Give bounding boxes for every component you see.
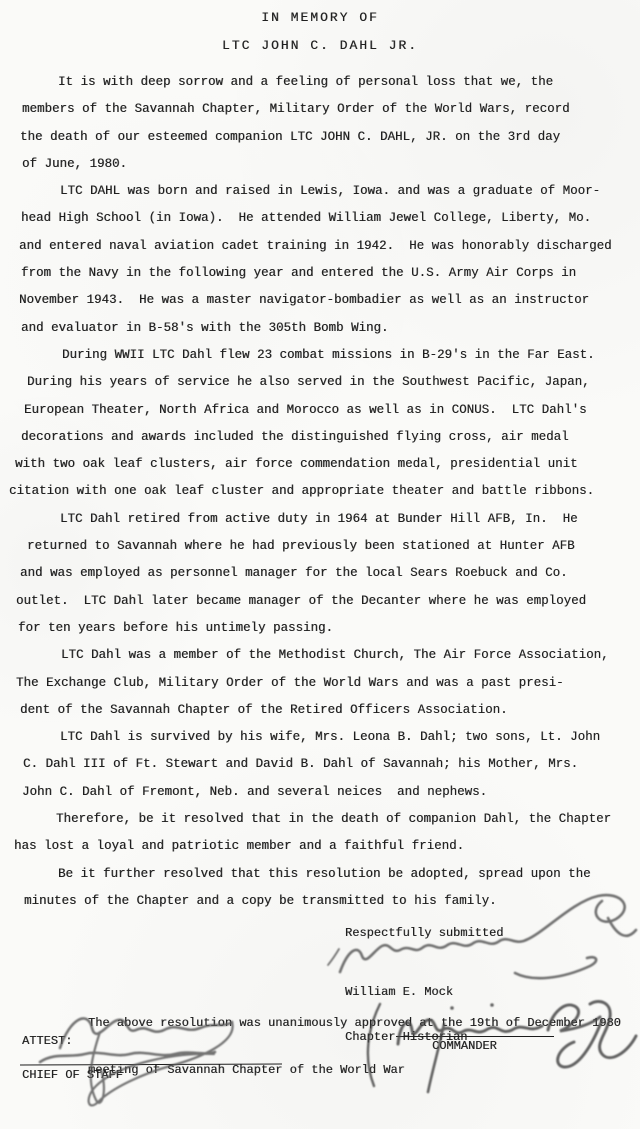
body-line: During his years of service he also serv…: [27, 369, 640, 396]
body-line: John C. Dahl of Fremont, Neb. and severa…: [22, 779, 640, 806]
body-line: returned to Savannah where he had previo…: [27, 533, 640, 560]
body-line: head High School (in Iowa). He attended …: [21, 205, 640, 232]
body-line: LTC Dahl was a member of the Methodist C…: [61, 642, 640, 669]
body-line: citation with one oak leaf cluster and a…: [9, 478, 640, 505]
body-line: of June, 1980.: [22, 151, 640, 178]
body-line: outlet. LTC Dahl later became manager of…: [16, 588, 640, 615]
body-line: The Exchange Club, Military Order of the…: [16, 670, 640, 697]
body-line: decorations and awards included the dist…: [21, 424, 640, 451]
document-body: It is with deep sorrow and a feeling of …: [0, 69, 640, 915]
body-line: from the Navy in the following year and …: [21, 260, 640, 287]
body-line: the death of our esteemed companion LTC …: [20, 124, 640, 151]
body-line: Be it further resolved that this resolut…: [58, 861, 640, 888]
respectfully-submitted-label: Respectfully submitted: [345, 926, 503, 940]
body-line: Therefore, be it resolved that in the de…: [56, 806, 640, 833]
approval-line: The above resolution was unanimously app…: [88, 1016, 621, 1032]
commander-signature-line: [396, 1036, 554, 1037]
chief-of-staff-label: CHIEF OF STAFF: [22, 1068, 123, 1082]
attest-label: ATTEST:: [22, 1034, 72, 1048]
body-line: for ten years before his untimely passin…: [18, 615, 640, 642]
body-line: minutes of the Chapter and a copy be tra…: [24, 888, 640, 915]
body-line: and entered naval aviation cadet trainin…: [19, 233, 640, 260]
memorial-document-page: IN MEMORY OF LTC JOHN C. DAHL JR. It is …: [0, 0, 640, 1129]
body-line: dent of the Savannah Chapter of the Reti…: [20, 697, 640, 724]
body-line: During WWII LTC Dahl flew 23 combat miss…: [62, 342, 640, 369]
body-line: members of the Savannah Chapter, Militar…: [22, 96, 640, 123]
body-line: LTC Dahl retired from active duty in 196…: [60, 506, 640, 533]
commander-label: COMMANDER: [432, 1039, 497, 1053]
body-line: European Theater, North Africa and Moroc…: [24, 397, 640, 424]
body-line: It is with deep sorrow and a feeling of …: [58, 69, 640, 96]
body-line: and evaluator in B-58's with the 305th B…: [21, 315, 640, 342]
body-line: and was employed as personnel manager fo…: [20, 560, 640, 587]
body-line: C. Dahl III of Ft. Stewart and David B. …: [23, 751, 640, 778]
body-line: has lost a loyal and patriotic member an…: [14, 833, 640, 860]
document-title: IN MEMORY OF: [0, 10, 640, 25]
body-line: LTC DAHL was born and raised in Lewis, I…: [60, 178, 640, 205]
body-line: LTC Dahl is survived by his wife, Mrs. L…: [60, 724, 640, 751]
approval-note: The above resolution was unanimously app…: [88, 985, 621, 1109]
body-line: November 1943. He was a master navigator…: [19, 287, 640, 314]
memorial-name: LTC JOHN C. DAHL JR.: [0, 38, 640, 53]
body-line: with two oak leaf clusters, air force co…: [15, 451, 640, 478]
